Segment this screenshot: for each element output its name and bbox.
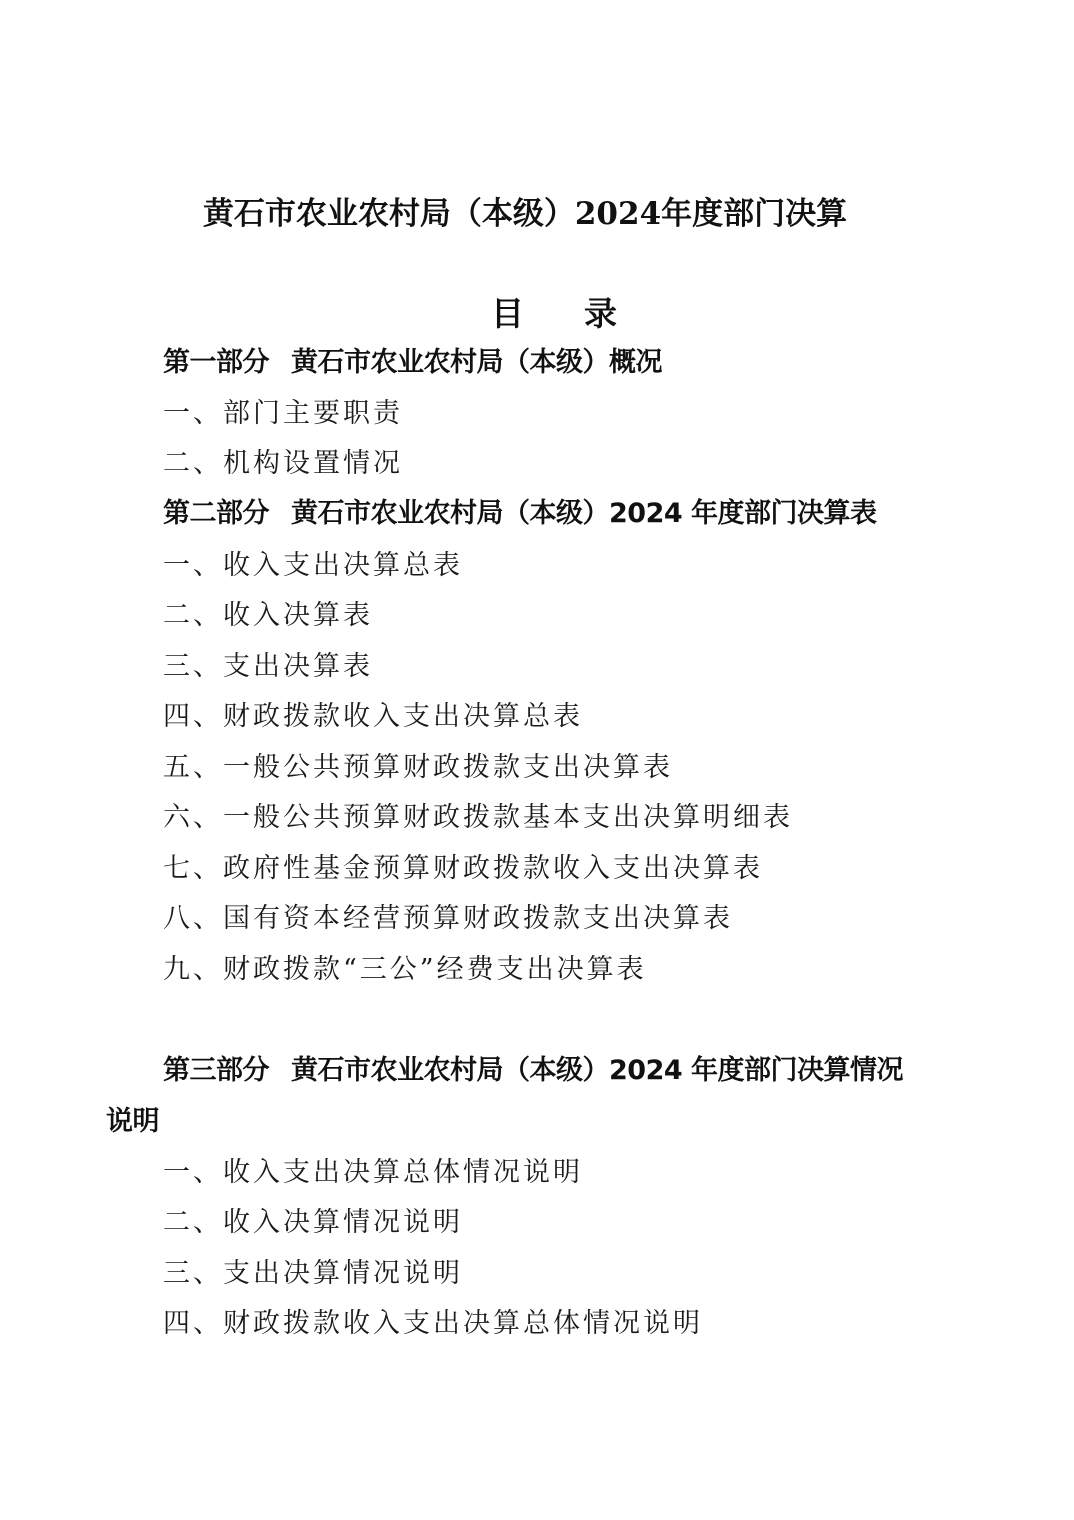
toc-item: 六、一般公共预算财政拨款基本支出决算明细表 bbox=[163, 801, 793, 835]
toc-item: 二、收入决算表 bbox=[163, 599, 373, 633]
part-number: 第三部分 bbox=[163, 1055, 269, 1086]
toc-item: 一、收入支出决算总体情况说明 bbox=[163, 1156, 583, 1190]
toc-item: 三、支出决算表 bbox=[163, 650, 373, 684]
document-page: 黄石市农业农村局（本级）2024年度部门决算 目录 第一部分黄石市农业农村局（本… bbox=[0, 0, 1074, 1520]
toc-item: 三、支出决算情况说明 bbox=[163, 1257, 463, 1291]
part-number: 第一部分 bbox=[163, 347, 269, 378]
part-title: 黄石市农业农村局（本级）2024 年度部门决算情况 bbox=[291, 1055, 903, 1086]
toc-item: 一、收入支出决算总表 bbox=[163, 549, 463, 583]
document-title: 黄石市农业农村局（本级）2024年度部门决算 bbox=[0, 188, 1050, 233]
part-number: 第二部分 bbox=[163, 498, 269, 529]
toc-item: 七、政府性基金预算财政拨款收入支出决算表 bbox=[163, 852, 763, 886]
toc-part-3-title-continued: 说明 bbox=[106, 1105, 159, 1139]
part-title: 黄石市农业农村局（本级）概况 bbox=[291, 347, 662, 378]
toc-item: 二、机构设置情况 bbox=[163, 447, 403, 481]
toc-item: 一、部门主要职责 bbox=[163, 397, 403, 431]
toc-part-3: 第三部分黄石市农业农村局（本级）2024 年度部门决算情况 bbox=[163, 1054, 903, 1088]
toc-heading-char-2: 录 bbox=[584, 288, 617, 335]
toc-part-2: 第二部分黄石市农业农村局（本级）2024 年度部门决算表 bbox=[163, 497, 877, 531]
toc-item: 五、一般公共预算财政拨款支出决算表 bbox=[163, 751, 673, 785]
toc-part-1: 第一部分黄石市农业农村局（本级）概况 bbox=[163, 346, 662, 380]
toc-item: 四、财政拨款收入支出决算总体情况说明 bbox=[163, 1307, 703, 1341]
toc-heading-char-1: 目 bbox=[491, 288, 524, 335]
toc-heading: 目录 bbox=[0, 288, 1074, 335]
toc-item: 九、财政拨款“三公”经费支出决算表 bbox=[163, 953, 647, 987]
part-title: 黄石市农业农村局（本级）2024 年度部门决算表 bbox=[291, 498, 877, 529]
toc-item: 四、财政拨款收入支出决算总表 bbox=[163, 700, 583, 734]
toc-item: 二、收入决算情况说明 bbox=[163, 1206, 463, 1240]
toc-item: 八、国有资本经营预算财政拨款支出决算表 bbox=[163, 902, 733, 936]
